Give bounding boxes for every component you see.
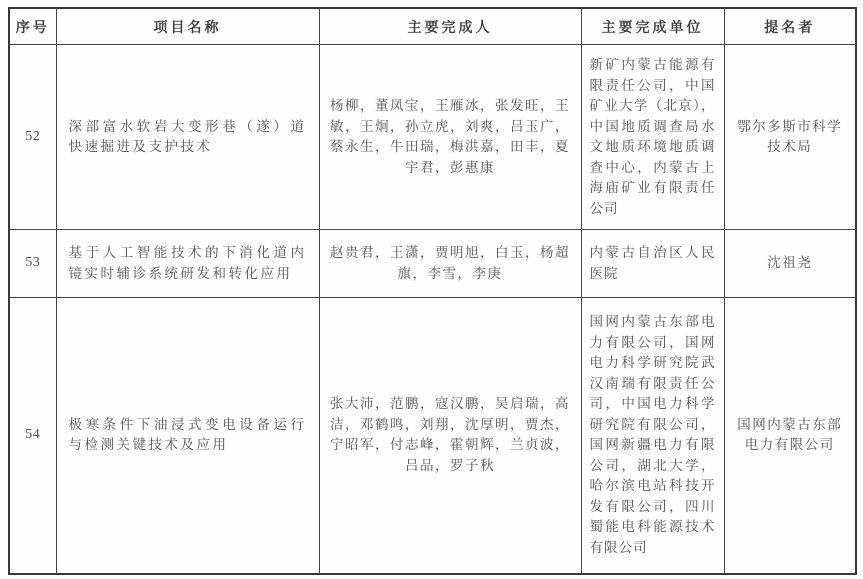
nominator-cell: 国网内蒙古东部电力有限公司 [724,298,856,574]
row-number-cell: 53 [9,230,56,298]
units-cell: 新矿内蒙古能源有限责任公司，中国矿业大学（北京），中国地质调查局水文地质环境地质… [581,45,724,230]
row-number-cell: 54 [9,298,56,574]
row-number-cell: 52 [9,45,56,230]
nominator-cell: 沈祖尧 [724,230,856,298]
awards-table: 序号 项目名称 主要完成人 主要完成单位 提名者 52 深部富水软岩大变形巷（遂… [8,7,857,575]
header-cell-people: 主要完成人 [319,8,581,45]
header-cell-nominator: 提名者 [724,8,856,45]
completers-cell: 赵贵君，王潇，贾明旭，白玉，杨超旗，李雪，李庚 [319,230,581,298]
document-page: 序号 项目名称 主要完成人 主要完成单位 提名者 52 深部富水软岩大变形巷（遂… [0,0,863,579]
completers-cell: 张大沛，范鹏，寇汉鹏，吴启瑞，高洁，邓鹤鸣，刘翔，沈厚明，贾杰，宁昭军，付志峰，… [319,298,581,574]
completers-cell: 杨柳，董凤宝，王雁冰，张发旺，王敏，王炯，孙立虎，刘爽，吕玉广，蔡永生，牛田瑞，… [319,45,581,230]
project-name-cell: 极寒条件下油浸式变电设备运行与检测关键技术及应用 [56,298,319,574]
units-cell: 内蒙古自治区人民医院 [581,230,724,298]
header-row: 序号 项目名称 主要完成人 主要完成单位 提名者 [9,8,856,45]
project-name-cell: 深部富水软岩大变形巷（遂）道快速掘进及支护技术 [56,45,319,230]
project-name-cell: 基于人工智能技术的下消化道内镜实时辅诊系统研发和转化应用 [56,230,319,298]
table-row: 53 基于人工智能技术的下消化道内镜实时辅诊系统研发和转化应用 赵贵君，王潇，贾… [9,230,856,298]
header-cell-project: 项目名称 [56,8,319,45]
nominator-cell: 鄂尔多斯市科学技术局 [724,45,856,230]
table-row: 54 极寒条件下油浸式变电设备运行与检测关键技术及应用 张大沛，范鹏，寇汉鹏，吴… [9,298,856,574]
header-cell-no: 序号 [9,8,56,45]
table-row: 52 深部富水软岩大变形巷（遂）道快速掘进及支护技术 杨柳，董凤宝，王雁冰，张发… [9,45,856,230]
header-cell-units: 主要完成单位 [581,8,724,45]
units-cell: 国网内蒙古东部电力有限公司，国网电力科学研究院武汉南瑞有限责任公司，中国电力科学… [581,298,724,574]
